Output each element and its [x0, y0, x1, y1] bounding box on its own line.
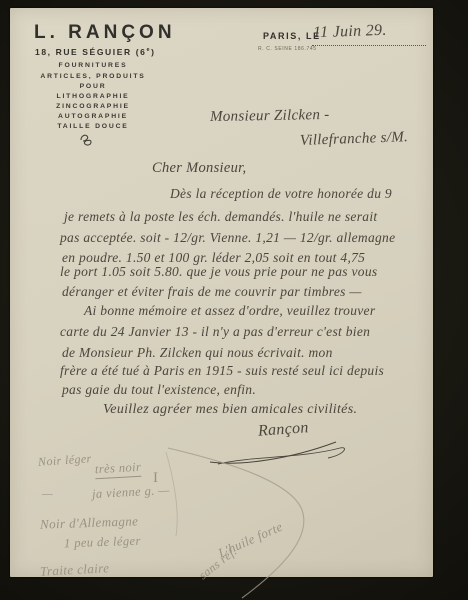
pencil-note: — [42, 486, 53, 501]
dateline-dotted-rule [312, 45, 426, 46]
service-line: TAILLE DOUCE [18, 122, 168, 132]
body-line: déranger et éviter frais de me couvrir p… [62, 284, 362, 300]
closing-line: Veuillez agréer mes bien amicales civili… [103, 402, 357, 418]
company-address: 18, RUE SÉGUIER (6e) [35, 47, 156, 57]
recipient-name: Monsieur Zilcken - [210, 107, 330, 126]
service-line: POUR [18, 82, 168, 92]
body-line: carte du 24 Janvier 13 - il n'y a pas d'… [60, 324, 370, 340]
pencil-note: 1 peu de léger [64, 534, 141, 552]
body-line: pas acceptée. soit - 12/gr. Vienne. 1,21… [60, 230, 395, 246]
service-line: LITHOGRAPHIE [18, 92, 168, 102]
registration-number: R. C. SEINE 186.745 [258, 46, 317, 52]
salutation: Cher Monsieur, [152, 160, 246, 177]
service-line: FOURNITURES [18, 61, 168, 71]
body-line: frère a été tué à Paris en 1915 - suis r… [60, 363, 384, 379]
pencil-curve [140, 440, 340, 600]
dateline-handwritten: 11 Juin 29. [313, 22, 387, 43]
body-line: Ai bonne mémoire et assez d'ordre, veuil… [84, 303, 375, 319]
service-line: ZINCOGRAPHIE [18, 102, 168, 112]
services-list: FOURNITURES ARTICLES, PRODUITS POUR LITH… [18, 61, 168, 132]
body-line: de Monsieur Ph. Zilcken qui nous écrivai… [62, 345, 333, 361]
service-line: ARTICLES, PRODUITS [18, 72, 168, 82]
body-line: pas gaie du tout l'existence, enfin. [62, 382, 256, 398]
monogram-ornament-icon [78, 133, 94, 147]
body-line: le port 1.05 soit 5.80. que je vous prie… [60, 264, 377, 280]
pencil-note: très noir [95, 460, 142, 479]
service-line: AUTOGRAPHIE [18, 112, 168, 122]
scanned-letter-page: L. RANÇON 18, RUE SÉGUIER (6e) FOURNITUR… [0, 0, 468, 600]
company-address-main: 18, RUE SÉGUIER (6 [35, 47, 146, 57]
company-name: L. RANÇON [34, 22, 176, 44]
body-line: Dès la réception de votre honorée du 9 [170, 186, 392, 202]
body-line: je remets à la poste les éch. demandés. … [64, 209, 377, 225]
company-address-end: ) [151, 47, 155, 57]
